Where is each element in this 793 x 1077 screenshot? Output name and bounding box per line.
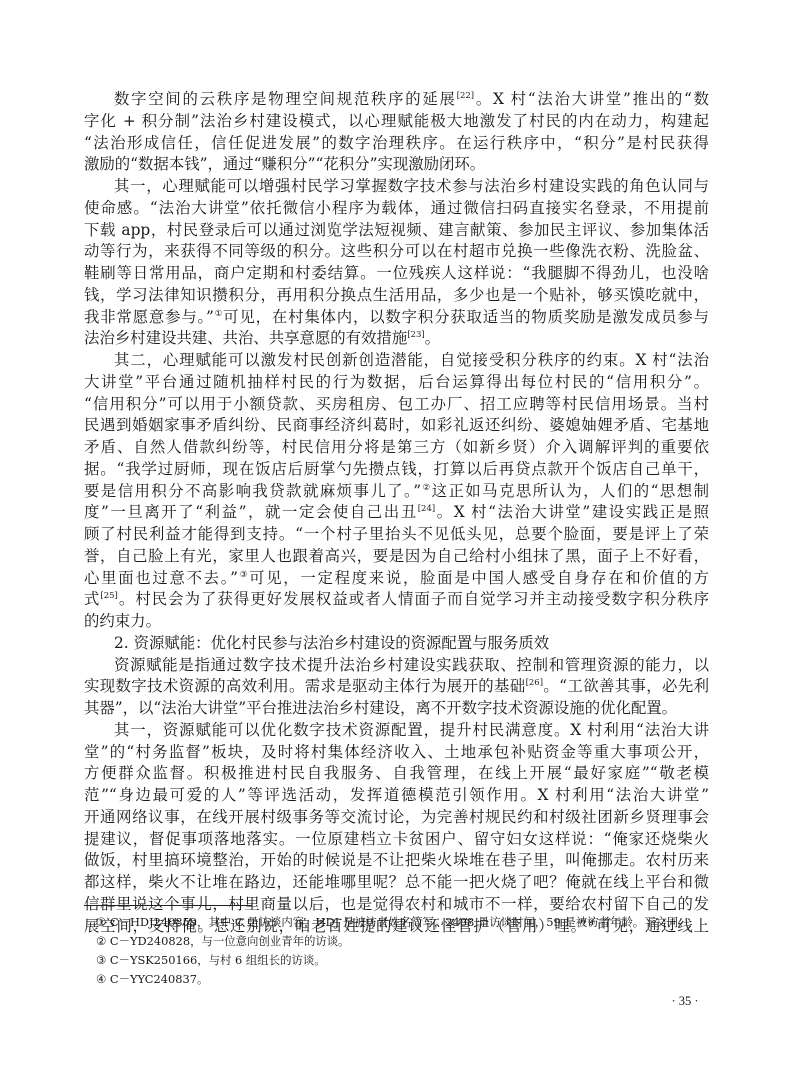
text-line: 鞋刷等日常用品，商户定期和村委结算。一位残疾人这样说：“我腿脚不得劲儿，也没啥 <box>84 263 709 285</box>
text-line: 其二，心理赋能可以激发村民创新创造潜能，自觉接受积分秩序的约束。X 村“法治 <box>84 350 709 372</box>
citation-mark: [23] <box>407 330 424 340</box>
line-text: 法治乡村建设共建、共治、共享意愿的有效措施 <box>84 329 407 347</box>
line-text-continued: 。 <box>425 329 440 347</box>
citation-mark: ③ <box>238 570 249 580</box>
line-text: 做饭，村里搞环境整治，开始的时候说是不让把柴火垛堆在巷子里，叫俺挪走。农村历来 <box>84 851 709 869</box>
line-text: 据。“我学过厨师，现在饭店后厨掌勺先攒点钱，打算以后再贷点款开个饭店自己单干， <box>84 460 709 478</box>
text-line: 我非常愿意参与。”①可见，在村集体内，以数字积分获取适当的物质奖励是激发成员参与 <box>84 307 709 329</box>
citation-mark: ① <box>214 309 223 319</box>
text-line: 激励的“数据本钱”，通过“赚积分”“花积分”实现激励闭环。 <box>84 154 709 176</box>
line-text: 其一，资源赋能可以优化数字技术资源配置，提升村民满意度。X 村利用“法治大讲 <box>114 721 709 739</box>
text-line: 字化 + 积分制”法治乡村建设模式，以心理赋能极大地激发了村民的内在动力，构建起 <box>84 111 709 133</box>
text-line: 数字空间的云秩序是物理空间规范秩序的延展[22]。X 村“法治大讲堂”推出的“数 <box>84 89 709 111</box>
footnote-3: ③ C－YSK250166，与村 6 组组长的访谈。 <box>96 951 708 970</box>
text-line: 其一，心理赋能可以增强村民学习掌握数字技术参与法治乡村建设实践的角色认同与 <box>84 176 709 198</box>
text-line: 做饭，村里搞环境整治，开始的时候说是不让把柴火垛堆在巷子里，叫俺挪走。农村历来 <box>84 850 709 872</box>
text-line: 方便群众监督。积极推进村民自我服务、自我管理，在线上开展“最好家庭”“敬老模 <box>84 763 709 785</box>
text-line: “信用积分”可以用于小额贷款、买房租房、包工办厂、招工应聘等村民信用场景。当村 <box>84 394 709 416</box>
line-text: 2. 资源赋能：优化村民参与法治乡村建设的资源配置与服务质效 <box>114 634 549 652</box>
line-text: 鞋刷等日常用品，商户定期和村委结算。一位残疾人这样说：“我腿脚不得劲儿，也没啥 <box>84 264 709 282</box>
line-text-continued: 可见，在村集体内，以数字积分获取适当的物质奖励是激发成员参与 <box>223 308 709 326</box>
line-text-continued: 。X 村“法治大讲堂”建设实践正是照 <box>435 503 709 521</box>
text-line: “法治形成信任，信任促进发展”的数字治理秩序。在运行秩序中，“积分”是村民获得 <box>84 133 709 155</box>
line-text: 大讲堂”平台通过随机抽样村民的行为数据，后台运算得出每位村民的“信用积分”。 <box>84 373 709 391</box>
footnote-2: ② C－YD240828，与一位意向创业青年的访谈。 <box>96 932 708 951</box>
line-text: 其一，心理赋能可以增强村民学习掌握数字技术参与法治乡村建设实践的角色认同与 <box>114 177 709 195</box>
line-text: 钱，学习法律知识攒积分，再用积分换点生活用品，多少也是一个贴补，够买馍吃就中， <box>84 286 709 304</box>
text-line: 大讲堂”平台通过随机抽样村民的行为数据，后台运算得出每位村民的“信用积分”。 <box>84 372 709 394</box>
line-text: 方便群众监督。积极推进村民自我服务、自我管理，在线上开展“最好家庭”“敬老模 <box>84 764 709 782</box>
citation-mark: ② <box>421 483 432 493</box>
line-text: 使命感。“法治大讲堂”依托微信小程序为载体，通过微信扫码直接实名登录，不用提前 <box>84 199 709 217</box>
text-line: 2. 资源赋能：优化村民参与法治乡村建设的资源配置与服务质效 <box>84 633 709 655</box>
text-line: 誉，自己脸上有光，家里人也跟着高兴，要是因为自己给村小组抹了黑，面子上不好看， <box>84 546 709 568</box>
text-line: 民遇到婚姻家事矛盾纠纷、民商事经济纠葛时，如彩礼返还纠纷、婆媳妯娌矛盾、宅基地 <box>84 415 709 437</box>
text-line: 动等行为，来获得不同等级的积分。这些积分可以在村超市兑换一些像洗衣粉、洗脸盆、 <box>84 241 709 263</box>
line-text: 实现数字技术资源的高效利用。需求是驱动主体行为展开的基础 <box>84 677 526 695</box>
line-text-continued: 这正如马克思所认为，人们的“思想制 <box>432 482 709 500</box>
citation-mark: [25] <box>100 591 117 601</box>
text-line: 都这样，柴火不让堆在路边，还能堆哪里呢？总不能一把火烧了吧？俺就在线上平台和微 <box>84 872 709 894</box>
line-text: 下载 app，村民登录后可以通过浏览学法短视频、建言献策、参加民主评议、参加集体… <box>84 221 709 239</box>
text-line: 式[25]。村民会为了获得更好发展权益或者人情面子而自觉学习并主动接受数字积分秩… <box>84 589 709 611</box>
text-line: 提建议，督促事项落地落实。一位原建档立卡贫困户、留守妇女这样说：“俺家还烧柴火 <box>84 829 709 851</box>
line-text: 要是信用积分不高影响我贷款就麻烦事儿了。” <box>84 482 421 500</box>
footnote-1: ① C－HDJ240859，其中 C 是访谈内容，HDJ 是被访者姓名简写，24… <box>96 913 708 932</box>
text-line: 法治乡村建设共建、共治、共享意愿的有效措施[23]。 <box>84 328 709 350</box>
footnote-separator <box>84 905 252 906</box>
text-line: 开通网络议事，在线开展村级事务等交流讨论，为完善村规民约和村级社团新乡贤理事会 <box>84 807 709 829</box>
line-text: 民遇到婚姻家事矛盾纠纷、民商事经济纠葛时，如彩礼返还纠纷、婆媳妯娌矛盾、宅基地 <box>84 416 709 434</box>
footnotes: ① C－HDJ240859，其中 C 是访谈内容，HDJ 是被访者姓名简写，24… <box>96 913 708 989</box>
line-text: 信群里说这个事儿，村里商量以后，也是觉得农村和城市不一样，要给农村留下自己的发 <box>84 895 709 913</box>
text-line: 顾了村民利益才能得到支持。“一个村子里抬头不见低头见，总要个脸面，要是评上了荣 <box>84 524 709 546</box>
line-text: “法治形成信任，信任促进发展”的数字治理秩序。在运行秩序中，“积分”是村民获得 <box>84 134 709 152</box>
text-line: 范”“身边最可爱的人”等评选活动，发挥道德模范引领作用。X 村利用“法治大讲堂” <box>84 785 709 807</box>
line-text: 其二，心理赋能可以激发村民创新创造潜能，自觉接受积分秩序的约束。X 村“法治 <box>114 351 709 369</box>
line-text: 数字空间的云秩序是物理空间规范秩序的延展 <box>114 90 457 108</box>
citation-mark: [26] <box>526 678 543 688</box>
article-body: 数字空间的云秩序是物理空间规范秩序的延展[22]。X 村“法治大讲堂”推出的“数… <box>84 89 709 937</box>
citation-mark: [24] <box>418 504 435 514</box>
text-line: 心里面也过意不去。”③可见，一定程度来说，脸面是中国人感受自身存在和价值的方 <box>84 568 709 590</box>
text-line: 要是信用积分不高影响我贷款就麻烦事儿了。”②这正如马克思所认为，人们的“思想制 <box>84 481 709 503</box>
text-line: 堂”的“村务监督”板块，及时将村集体经济收入、土地承包补贴资金等重大事项公开， <box>84 742 709 764</box>
text-line: 实现数字技术资源的高效利用。需求是驱动主体行为展开的基础[26]。“工欲善其事，… <box>84 676 709 698</box>
line-text: 式 <box>84 590 100 608</box>
line-text: 字化 + 积分制”法治乡村建设模式，以心理赋能极大地激发了村民的内在动力，构建起 <box>84 112 709 130</box>
text-line: 的约束力。 <box>84 611 709 633</box>
line-text: 我非常愿意参与。” <box>84 308 214 326</box>
line-text: 提建议，督促事项落地落实。一位原建档立卡贫困户、留守妇女这样说：“俺家还烧柴火 <box>84 830 709 848</box>
line-text: 范”“身边最可爱的人”等评选活动，发挥道德模范引领作用。X 村利用“法治大讲堂” <box>84 786 709 804</box>
line-text: 的约束力。 <box>84 612 161 630</box>
line-text: 都这样，柴火不让堆在路边，还能堆哪里呢？总不能一把火烧了吧？俺就在线上平台和微 <box>84 873 709 891</box>
line-text: 顾了村民利益才能得到支持。“一个村子里抬头不见低头见，总要个脸面，要是评上了荣 <box>84 525 709 543</box>
text-line: 下载 app，村民登录后可以通过浏览学法短视频、建言献策、参加民主评议、参加集体… <box>84 220 709 242</box>
line-text-continued: 。X 村“法治大讲堂”推出的“数 <box>474 90 709 108</box>
line-text: 度”一旦离开了“利益”，就一定会使自己出丑 <box>84 503 418 521</box>
text-line: 矛盾、自然人借款纠纷等，村民信用分将是第三方（如新乡贤）介入调解评判的重要依 <box>84 437 709 459</box>
line-text: 誉，自己脸上有光，家里人也跟着高兴，要是因为自己给村小组抹了黑，面子上不好看， <box>84 547 709 565</box>
line-text: 堂”的“村务监督”板块，及时将村集体经济收入、土地承包补贴资金等重大事项公开， <box>84 743 709 761</box>
line-text-continued: 可见，一定程度来说，脸面是中国人感受自身存在和价值的方 <box>249 569 709 587</box>
line-text: “信用积分”可以用于小额贷款、买房租房、包工办厂、招工应聘等村民信用场景。当村 <box>84 395 709 413</box>
line-text: 激励的“数据本钱”，通过“赚积分”“花积分”实现激励闭环。 <box>84 155 485 173</box>
line-text: 矛盾、自然人借款纠纷等，村民信用分将是第三方（如新乡贤）介入调解评判的重要依 <box>84 438 709 456</box>
page-number: · 35 · <box>660 994 710 1009</box>
citation-mark: [22] <box>457 91 474 101</box>
text-line: 钱，学习法律知识攒积分，再用积分换点生活用品，多少也是一个贴补，够买馍吃就中， <box>84 285 709 307</box>
footnote-4: ④ C－YYC240837。 <box>96 970 708 989</box>
line-text: 心里面也过意不去。” <box>84 569 238 587</box>
text-line: 据。“我学过厨师，现在饭店后厨掌勺先攒点钱，打算以后再贷点款开个饭店自己单干， <box>84 459 709 481</box>
text-line: 其器”，以“法治大讲堂”平台推进法治乡村建设，离不开数字技术资源设施的优化配置。 <box>84 698 709 720</box>
text-line: 其一，资源赋能可以优化数字技术资源配置，提升村民满意度。X 村利用“法治大讲 <box>84 720 709 742</box>
text-line: 资源赋能是指通过数字技术提升法治乡村建设实践获取、控制和管理资源的能力，以 <box>84 655 709 677</box>
line-text: 开通网络议事，在线开展村级事务等交流讨论，为完善村规民约和村级社团新乡贤理事会 <box>84 808 709 826</box>
line-text-continued: 。“工欲善其事，必先利 <box>543 677 709 695</box>
line-text: 资源赋能是指通过数字技术提升法治乡村建设实践获取、控制和管理资源的能力，以 <box>114 656 709 674</box>
line-text-continued: 。村民会为了获得更好发展权益或者人情面子而自觉学习并主动接受数字积分秩序 <box>118 590 709 608</box>
text-line: 度”一旦离开了“利益”，就一定会使自己出丑[24]。X 村“法治大讲堂”建设实践… <box>84 502 709 524</box>
line-text: 其器”，以“法治大讲堂”平台推进法治乡村建设，离不开数字技术资源设施的优化配置。 <box>84 699 677 717</box>
line-text: 动等行为，来获得不同等级的积分。这些积分可以在村超市兑换一些像洗衣粉、洗脸盆、 <box>84 242 709 260</box>
text-line: 使命感。“法治大讲堂”依托微信小程序为载体，通过微信扫码直接实名登录，不用提前 <box>84 198 709 220</box>
journal-page: 数字空间的云秩序是物理空间规范秩序的延展[22]。X 村“法治大讲堂”推出的“数… <box>0 0 793 1077</box>
